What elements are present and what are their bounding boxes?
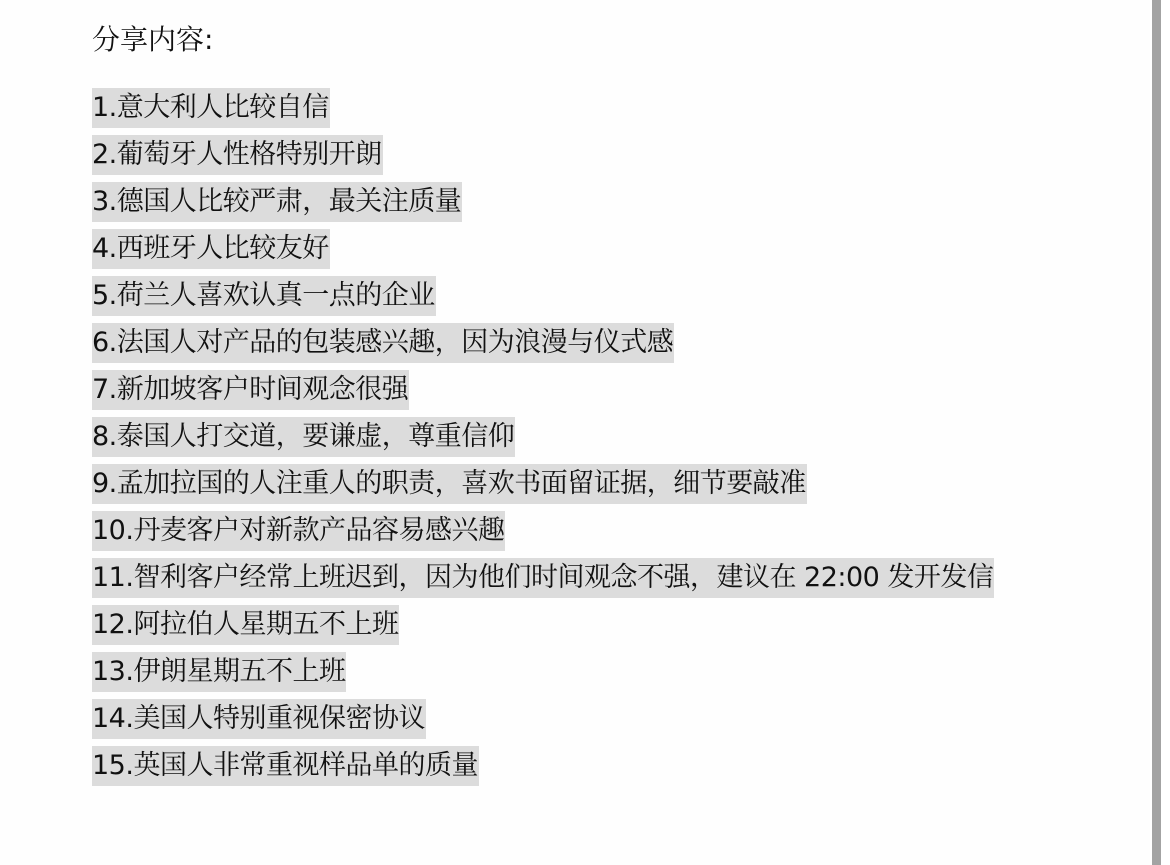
- list-item: 5.荷兰人喜欢认真一点的企业: [92, 276, 994, 323]
- document-page: 分享内容: 1.意大利人比较自信 2.葡萄牙人性格特别开朗 3.德国人比较严肃，…: [0, 0, 1150, 865]
- list-item: 15.英国人非常重视样品单的质量: [92, 746, 994, 793]
- list-item: 14.美国人特别重视保密协议: [92, 699, 994, 746]
- list-item-text[interactable]: 1.意大利人比较自信: [92, 88, 330, 128]
- list-item-text[interactable]: 12.阿拉伯人星期五不上班: [92, 605, 399, 645]
- list-item: 13.伊朗星期五不上班: [92, 652, 994, 699]
- list-item-text[interactable]: 4.西班牙人比较友好: [92, 229, 330, 269]
- list-item: 9.孟加拉国的人注重人的职责，喜欢书面留证据，细节要敲准: [92, 464, 994, 511]
- list-item-text[interactable]: 6.法国人对产品的包装感兴趣，因为浪漫与仪式感: [92, 323, 674, 363]
- list-item-text[interactable]: 8.泰国人打交道，要谦虚，尊重信仰: [92, 417, 515, 457]
- list-item: 11.智利客户经常上班迟到，因为他们时间观念不强，建议在 22:00 发开发信: [92, 558, 994, 605]
- list-item: 10.丹麦客户对新款产品容易感兴趣: [92, 511, 994, 558]
- list-item: 7.新加坡客户时间观念很强: [92, 370, 994, 417]
- list-item-text[interactable]: 14.美国人特别重视保密协议: [92, 699, 426, 739]
- list-item-text[interactable]: 5.荷兰人喜欢认真一点的企业: [92, 276, 436, 316]
- list-item: 2.葡萄牙人性格特别开朗: [92, 135, 994, 182]
- list-item: 12.阿拉伯人星期五不上班: [92, 605, 994, 652]
- tips-list: 1.意大利人比较自信 2.葡萄牙人性格特别开朗 3.德国人比较严肃，最关注质量 …: [92, 88, 994, 793]
- list-item: 4.西班牙人比较友好: [92, 229, 994, 276]
- list-item: 3.德国人比较严肃，最关注质量: [92, 182, 994, 229]
- list-item: 8.泰国人打交道，要谦虚，尊重信仰: [92, 417, 994, 464]
- list-item-text[interactable]: 11.智利客户经常上班迟到，因为他们时间观念不强，建议在 22:00 发开发信: [92, 558, 994, 598]
- list-item-text[interactable]: 13.伊朗星期五不上班: [92, 652, 346, 692]
- list-item: 6.法国人对产品的包装感兴趣，因为浪漫与仪式感: [92, 323, 994, 370]
- vertical-scrollbar-thumb[interactable]: [1152, 0, 1161, 865]
- list-item-text[interactable]: 15.英国人非常重视样品单的质量: [92, 746, 479, 786]
- list-item: 1.意大利人比较自信: [92, 88, 994, 135]
- section-heading: 分享内容:: [92, 18, 213, 62]
- list-item-text[interactable]: 7.新加坡客户时间观念很强: [92, 370, 409, 410]
- list-item-text[interactable]: 2.葡萄牙人性格特别开朗: [92, 135, 383, 175]
- list-item-text[interactable]: 3.德国人比较严肃，最关注质量: [92, 182, 462, 222]
- list-item-text[interactable]: 9.孟加拉国的人注重人的职责，喜欢书面留证据，细节要敲准: [92, 464, 807, 504]
- list-item-text[interactable]: 10.丹麦客户对新款产品容易感兴趣: [92, 511, 505, 551]
